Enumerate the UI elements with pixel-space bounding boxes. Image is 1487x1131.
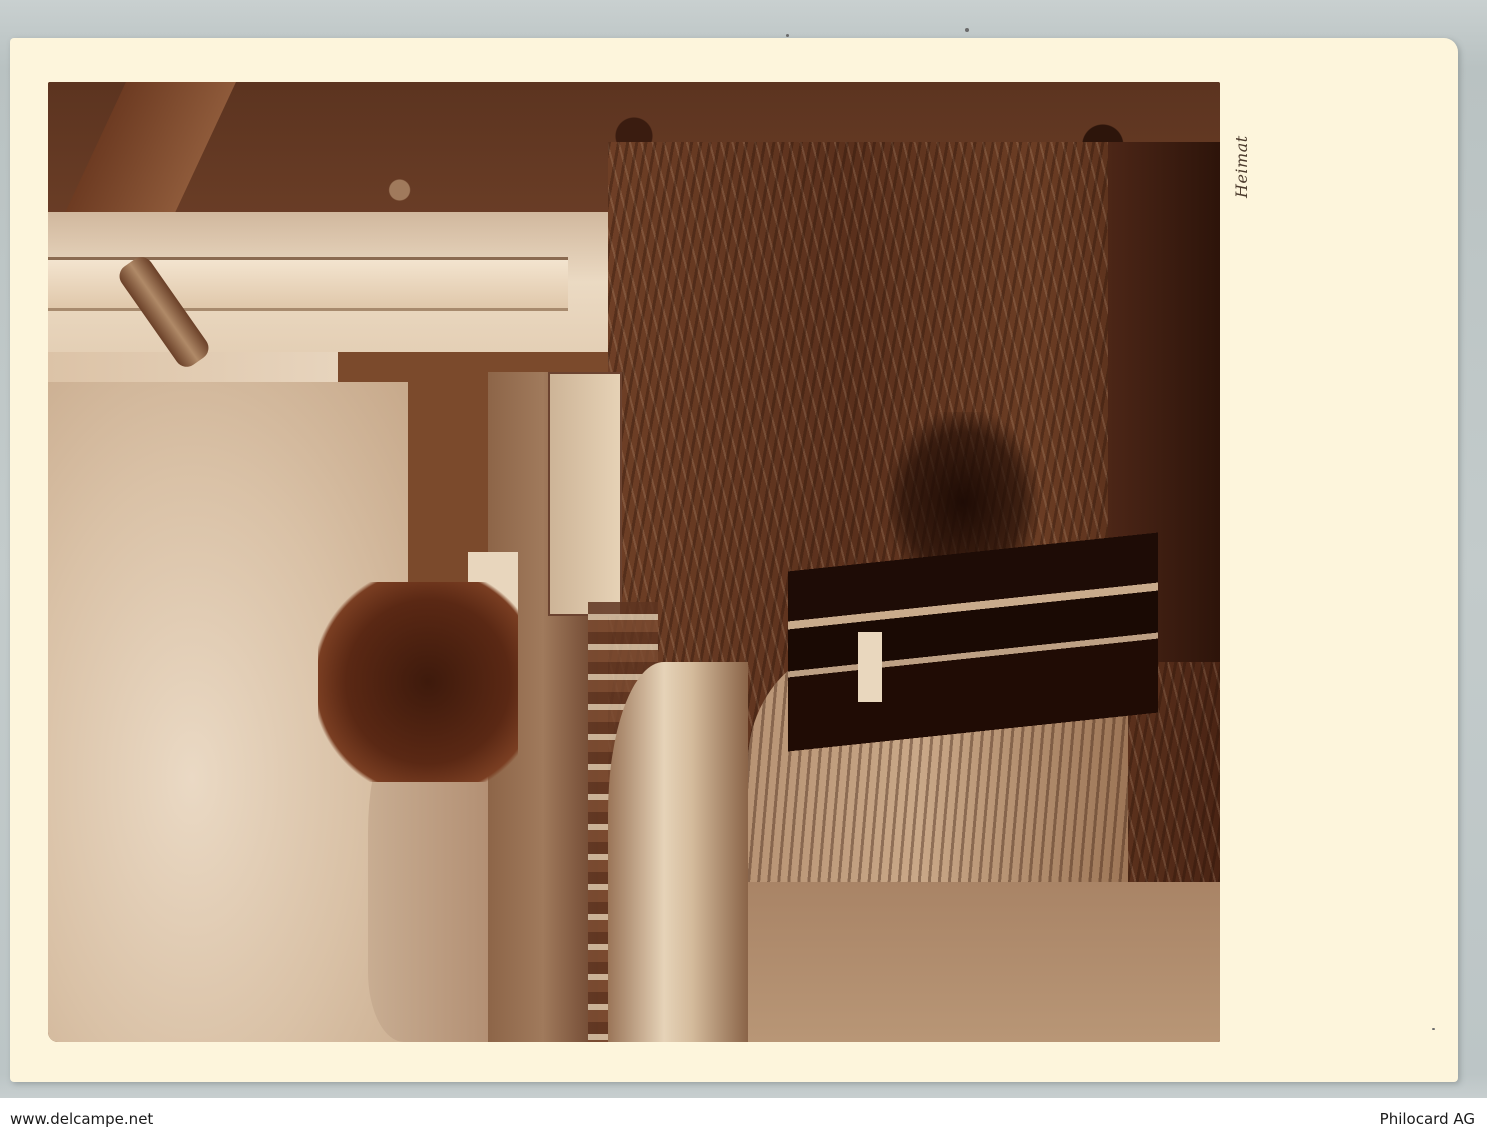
dust-speck	[965, 28, 969, 32]
stream-path	[608, 662, 748, 1042]
dust-speck	[786, 34, 789, 37]
tree	[318, 582, 518, 782]
dust-speck	[1432, 1028, 1435, 1030]
watermark-philocard: Philocard AG	[1380, 1110, 1475, 1128]
bench-post	[858, 632, 882, 702]
bottom-strip	[0, 1098, 1487, 1131]
watermark-delcampe: www.delcampe.net	[10, 1110, 153, 1128]
wooden-bench	[788, 513, 1158, 772]
shed	[548, 372, 622, 616]
postcard-caption: Heimat	[1232, 135, 1251, 198]
sepia-photo	[48, 82, 1220, 1042]
postcard: Heimat	[10, 38, 1458, 1082]
field-bottom	[748, 882, 1220, 1042]
